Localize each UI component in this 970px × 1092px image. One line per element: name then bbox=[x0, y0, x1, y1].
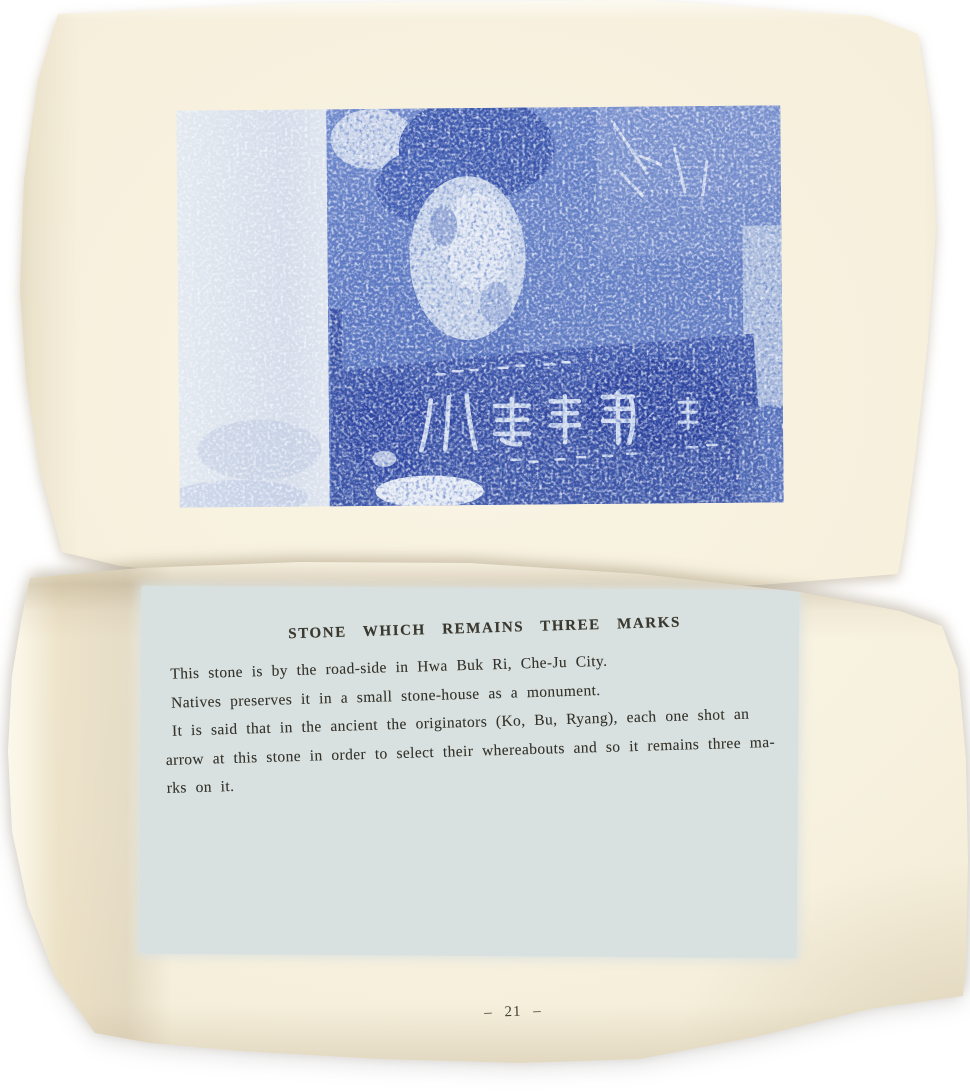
bottom-page: STONE WHICH REMAINS THREE MARKS This sto… bbox=[0, 0, 970, 1092]
book-photo-stage: STONE WHICH REMAINS THREE MARKS This sto… bbox=[0, 0, 970, 1092]
page-number: – 21 – bbox=[438, 1002, 588, 1024]
bottom-page-shadow-layer: STONE WHICH REMAINS THREE MARKS This sto… bbox=[0, 0, 970, 1092]
page-text: STONE WHICH REMAINS THREE MARKS This sto… bbox=[162, 611, 812, 804]
